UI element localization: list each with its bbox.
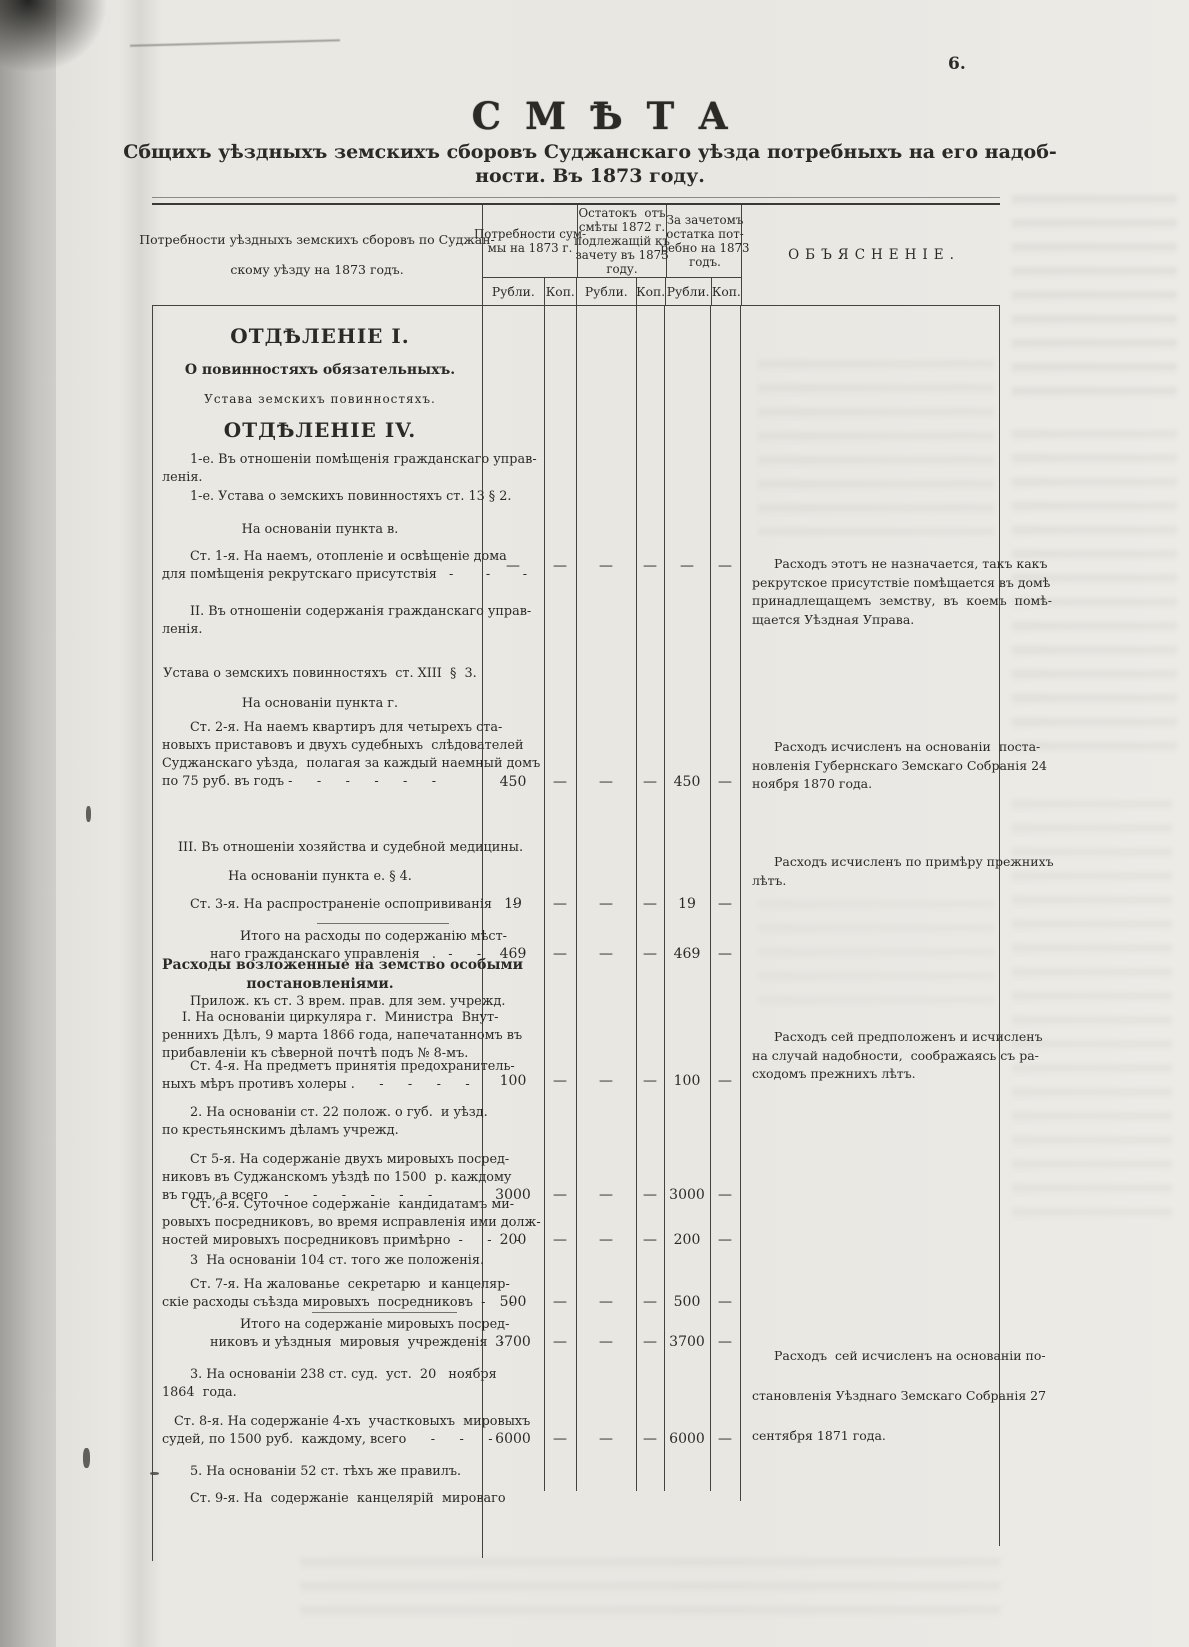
item-paragraph: Ст. 9-я. На содержаніе канцелярій мирова… xyxy=(162,1490,478,1508)
budget-table: Потребности уѣздныхъ земскихъ сборовъ по… xyxy=(152,203,1000,1566)
amount-cell: 200 xyxy=(664,1232,710,1248)
subtotal-rule xyxy=(317,923,449,924)
amount-cell: 469 xyxy=(482,946,544,962)
item-paragraph: III. Въ отношеніи хозяйства и судебной м… xyxy=(162,839,478,857)
amount-cell: 450 xyxy=(664,774,710,790)
amount-cell: 6000 xyxy=(664,1431,710,1447)
subsection-heading: О повинностяхъ обязательныхъ. xyxy=(162,361,478,380)
amount-cell: 3000 xyxy=(482,1187,544,1203)
header-groups: Потребности сум- мы на 1873 г. Остатокъ … xyxy=(483,205,741,278)
amount-cell: — xyxy=(710,946,740,962)
explanation-note: Расходъ сей предположенъ и исчисленъ на … xyxy=(752,1028,996,1084)
amount-cell: — xyxy=(636,1334,664,1350)
amount-cell: — xyxy=(576,1073,636,1089)
header-group-1872-remainder: Остатокъ отъ смѣты 1872 г. подлежащій къ… xyxy=(578,205,667,277)
explanation-note: Расходъ сей исчисленъ на основаніи по- с… xyxy=(752,1336,996,1456)
amount-row: 450———450— xyxy=(482,774,740,790)
item-paragraph: 1-е. Въ отношеніи помѣщенія гражданскаго… xyxy=(162,451,478,487)
amount-cell: — xyxy=(544,558,576,574)
amount-cell: — xyxy=(710,774,740,790)
subtotal-paragraph: Итого на содержаніе мировыхъ посред- ник… xyxy=(162,1316,478,1352)
basis-note: На основаніи пункта е. § 4. xyxy=(162,869,478,884)
amount-row: 6000———6000— xyxy=(482,1431,740,1447)
item-paragraph: Ст. 7-я. На жалованье секретарю и канцел… xyxy=(162,1276,478,1312)
amount-row: 100———100— xyxy=(482,1073,740,1089)
amount-cell: — xyxy=(482,558,544,574)
explanation-note: Расходъ исчисленъ на основаніи поста- но… xyxy=(752,738,996,794)
amount-cell: — xyxy=(636,1294,664,1310)
amount-row: 200———200— xyxy=(482,1232,740,1248)
explanation-note: Расходъ этотъ не назначается, такъ какъ … xyxy=(752,555,996,629)
amount-cell: 200 xyxy=(482,1232,544,1248)
header-rubles-2: Рубли. xyxy=(577,278,637,305)
amount-cell: 3700 xyxy=(482,1334,544,1350)
table-header: Потребности уѣздныхъ земскихъ сборовъ по… xyxy=(152,203,1000,306)
amount-cell: — xyxy=(710,1334,740,1350)
item-paragraph: Ст. 1-я. На наемъ, отопленіе и освѣщеніе… xyxy=(162,548,478,584)
amount-cell: 100 xyxy=(482,1073,544,1089)
amount-cell: — xyxy=(576,946,636,962)
table-top-rule xyxy=(152,197,1000,198)
amount-cell: 100 xyxy=(664,1073,710,1089)
amount-cell: — xyxy=(544,1073,576,1089)
amount-row: —————— xyxy=(482,558,740,574)
bleed-through xyxy=(300,1558,1000,1628)
amount-cell: — xyxy=(636,896,664,912)
statute-reference: Устава о земскихъ повинностяхъ ст. XIII … xyxy=(162,666,478,681)
doc-subtitle: Сбщихъ уѣздныхъ земскихъ сборовъ Суджанс… xyxy=(120,140,1060,188)
header-group-net-needed: За зачетомъ остатка пот- ребно на 1873 г… xyxy=(667,205,743,277)
item-paragraph: 2. На основаніи ст. 22 полож. о губ. и у… xyxy=(162,1104,478,1140)
amount-cell: — xyxy=(710,1187,740,1203)
amount-cell: — xyxy=(544,1431,576,1447)
section-heading: ОТДѢЛЕНІЕ IV. xyxy=(162,418,478,442)
table-body: ОТДѢЛЕНІЕ I. О повинностяхъ обязательных… xyxy=(152,306,1000,1566)
explanation-note: Расходъ исчисленъ по примѣру прежнихъ лѣ… xyxy=(752,853,996,890)
header-kopeks-2: Коп. xyxy=(637,278,666,305)
amount-cell: — xyxy=(710,1431,740,1447)
amount-cell: 19 xyxy=(664,896,710,912)
header-amount-columns: Потребности сум- мы на 1873 г. Остатокъ … xyxy=(483,205,742,305)
amount-cell: 3700 xyxy=(664,1334,710,1350)
amount-row: 3700———3700— xyxy=(482,1334,740,1350)
amount-cell: — xyxy=(636,558,664,574)
item-paragraph: 1-е. Устава о земскихъ повинностяхъ ст. … xyxy=(162,488,478,506)
amount-cell: 469 xyxy=(664,946,710,962)
amount-cell: — xyxy=(636,1073,664,1089)
subtotal-rule xyxy=(312,1312,457,1313)
amount-cell: — xyxy=(544,1334,576,1350)
amount-cell: — xyxy=(576,1232,636,1248)
amount-cell: — xyxy=(544,946,576,962)
header-kopeks-1: Коп. xyxy=(545,278,577,305)
item-paragraph: I. На основаніи циркуляра г. Министра Вн… xyxy=(162,1009,478,1063)
header-explanation-column: ОБЪЯСНЕНІЕ. xyxy=(742,205,1000,305)
basis-note: 3. На основаніи 238 ст. суд. уст. 20 ноя… xyxy=(162,1366,478,1402)
amount-cell: — xyxy=(710,1073,740,1089)
basis-note: 3 На основаніи 104 ст. того же положенія… xyxy=(162,1252,478,1270)
item-paragraph: II. Въ отношеніи содержанія гражданскаго… xyxy=(162,603,478,639)
scan-bed-margin xyxy=(0,0,56,1647)
bleed-through xyxy=(1012,195,1177,405)
header-rubles-3: Рубли. xyxy=(666,278,712,305)
amount-cell: — xyxy=(636,1187,664,1203)
header-group-1873-needs: Потребности сум- мы на 1873 г. xyxy=(483,205,578,277)
amount-cell: — xyxy=(710,1232,740,1248)
amount-cell: — xyxy=(576,1334,636,1350)
header-subrow: Рубли. Коп. Рубли. Коп. Рубли. Коп. xyxy=(483,278,741,305)
amount-row: 19———19— xyxy=(482,896,740,912)
amount-cell: — xyxy=(710,1294,740,1310)
item-paragraph: Ст. 4-я. На предметъ принятія предохрани… xyxy=(162,1058,478,1094)
amount-cell: — xyxy=(544,774,576,790)
amount-cell: — xyxy=(576,896,636,912)
subsection-heading: Расходы возложенные на земство особыми п… xyxy=(162,956,478,994)
amount-row: 3000———3000— xyxy=(482,1187,740,1203)
amount-cell: 3000 xyxy=(664,1187,710,1203)
header-needs-column: Потребности уѣздныхъ земскихъ сборовъ по… xyxy=(152,205,483,305)
header-rubles-1: Рубли. xyxy=(483,278,545,305)
amount-row: 469———469— xyxy=(482,946,740,962)
amount-cell: — xyxy=(576,774,636,790)
basis-note: На основаніи пункта г. xyxy=(162,696,478,711)
scanned-document-page: 6. СМѢТА Сбщихъ уѣздныхъ земскихъ сборов… xyxy=(0,0,1189,1647)
amount-cell: 500 xyxy=(664,1294,710,1310)
amount-row: 500———500— xyxy=(482,1294,740,1310)
page-number: 6. xyxy=(948,54,966,74)
column-rule xyxy=(740,306,741,1501)
amount-cell: — xyxy=(636,774,664,790)
amount-cell: — xyxy=(664,558,710,574)
amount-cell: — xyxy=(544,896,576,912)
basis-note: На основаніи пункта в. xyxy=(162,522,478,537)
amount-cell: 500 xyxy=(482,1294,544,1310)
item-paragraph: Ст. 6-я. Суточное содержаніе кандидатамъ… xyxy=(162,1196,478,1250)
table-left-border xyxy=(152,306,153,1561)
amount-cell: — xyxy=(636,1431,664,1447)
amount-cell: — xyxy=(576,1294,636,1310)
amount-cell: 19 xyxy=(482,896,544,912)
amount-cell: — xyxy=(636,1232,664,1248)
item-paragraph: Ст. 2-я. На наемъ квартиръ для четырехъ … xyxy=(162,719,478,791)
edge-mark xyxy=(86,806,91,822)
statute-reference: Устава земскихъ повинностяхъ. xyxy=(162,392,478,406)
amount-cell: — xyxy=(544,1232,576,1248)
amount-cell: — xyxy=(576,1187,636,1203)
amount-cell: 450 xyxy=(482,774,544,790)
amount-cell: 6000 xyxy=(482,1431,544,1447)
amount-cell: — xyxy=(636,946,664,962)
page-title: СМѢТА xyxy=(150,94,1050,138)
basis-note: 5. На основаніи 52 ст. тѣхъ же правилъ. xyxy=(162,1463,478,1481)
section-heading: ОТДѢЛЕНІЕ I. xyxy=(162,324,478,348)
item-paragraph: Ст. 3-я. На распространеніе оспопрививан… xyxy=(162,896,478,914)
amount-cell: — xyxy=(544,1294,576,1310)
amount-cell: — xyxy=(576,558,636,574)
item-paragraph: Ст. 8-я. На содержаніе 4-хъ участковыхъ … xyxy=(162,1413,478,1449)
amount-cell: — xyxy=(544,1187,576,1203)
amount-cell: — xyxy=(710,896,740,912)
header-kopeks-3: Коп. xyxy=(712,278,741,305)
amount-cell: — xyxy=(710,558,740,574)
amount-cell: — xyxy=(576,1431,636,1447)
edge-mark xyxy=(83,1448,90,1468)
